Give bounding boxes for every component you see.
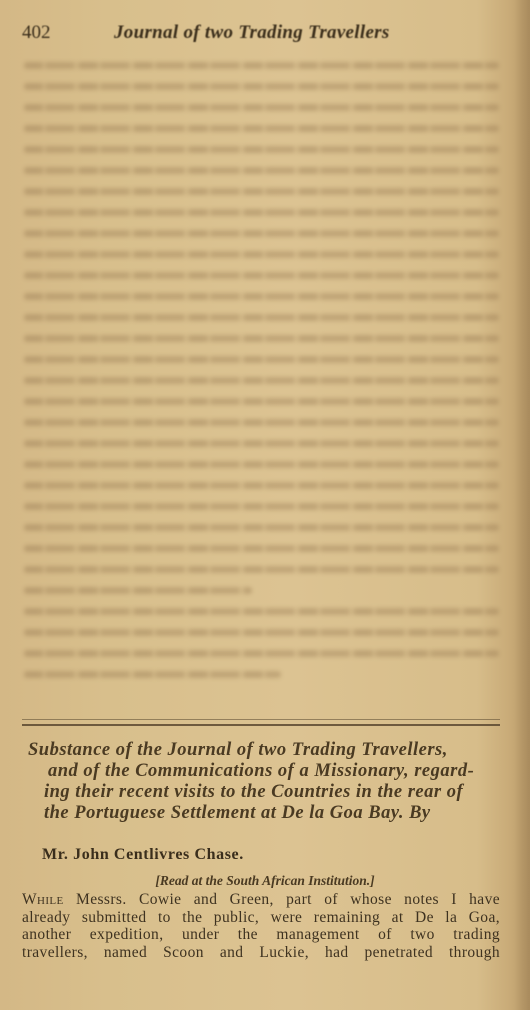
faded-text-line bbox=[24, 545, 499, 552]
faded-text-line bbox=[24, 209, 499, 216]
faded-text-line bbox=[24, 671, 281, 678]
faded-text-line bbox=[24, 125, 499, 132]
faded-text-line bbox=[24, 377, 499, 384]
body-line: While Messrs. Cowie and Green, part of w… bbox=[22, 891, 500, 909]
faded-text-line bbox=[24, 440, 499, 447]
page-number: 402 bbox=[22, 22, 51, 44]
faded-text-line bbox=[24, 62, 499, 69]
faded-text-line bbox=[24, 335, 499, 342]
article-author: Mr. John Centlivres Chase. bbox=[42, 846, 244, 864]
faded-text-line bbox=[24, 482, 499, 489]
faded-text-line bbox=[24, 230, 499, 237]
book-page: 402 Journal of two Trading Travellers bbox=[0, 0, 530, 1010]
running-head: 402 Journal of two Trading Travellers bbox=[22, 22, 502, 48]
title-line: and of the Communications of a Missionar… bbox=[28, 761, 504, 782]
article-title: Substance of the Journal of two Trading … bbox=[28, 740, 504, 824]
faded-text-line bbox=[24, 587, 252, 594]
faded-text-line bbox=[24, 83, 499, 90]
running-title: Journal of two Trading Travellers bbox=[114, 22, 390, 44]
read-at-note: [Read at the South African Institution.] bbox=[0, 873, 530, 889]
body-line: travellers, named Scoon and Luckie, had … bbox=[22, 944, 500, 962]
page-gutter-shadow bbox=[514, 0, 530, 1010]
title-line: Substance of the Journal of two Trading … bbox=[28, 740, 504, 761]
body-line: already submitted to the public, were re… bbox=[22, 909, 500, 927]
faded-text-line bbox=[24, 314, 499, 321]
faded-text-line bbox=[24, 146, 499, 153]
faded-text-line bbox=[24, 524, 499, 531]
body-line: another expedition, under the management… bbox=[22, 926, 500, 944]
faded-preceding-text bbox=[24, 62, 499, 692]
section-divider-thin bbox=[22, 719, 500, 720]
drop-word: While bbox=[22, 891, 64, 908]
faded-text-line bbox=[24, 251, 499, 258]
faded-text-line bbox=[24, 272, 499, 279]
faded-text-line bbox=[24, 608, 499, 615]
faded-text-line bbox=[24, 293, 499, 300]
faded-text-line bbox=[24, 461, 499, 468]
faded-text-line bbox=[24, 629, 499, 636]
faded-text-line bbox=[24, 503, 499, 510]
faded-text-line bbox=[24, 104, 499, 111]
section-divider-thick bbox=[22, 724, 500, 726]
faded-text-line bbox=[24, 650, 499, 657]
article-body: While Messrs. Cowie and Green, part of w… bbox=[22, 891, 500, 961]
faded-text-line bbox=[24, 188, 499, 195]
faded-text-line bbox=[24, 356, 499, 363]
faded-text-line bbox=[24, 398, 499, 405]
title-line: the Portuguese Settlement at De la Goa B… bbox=[28, 803, 504, 824]
faded-text-line bbox=[24, 419, 499, 426]
faded-text-line bbox=[24, 566, 499, 573]
title-line: ing their recent visits to the Countries… bbox=[28, 782, 504, 803]
faded-text-line bbox=[24, 167, 499, 174]
